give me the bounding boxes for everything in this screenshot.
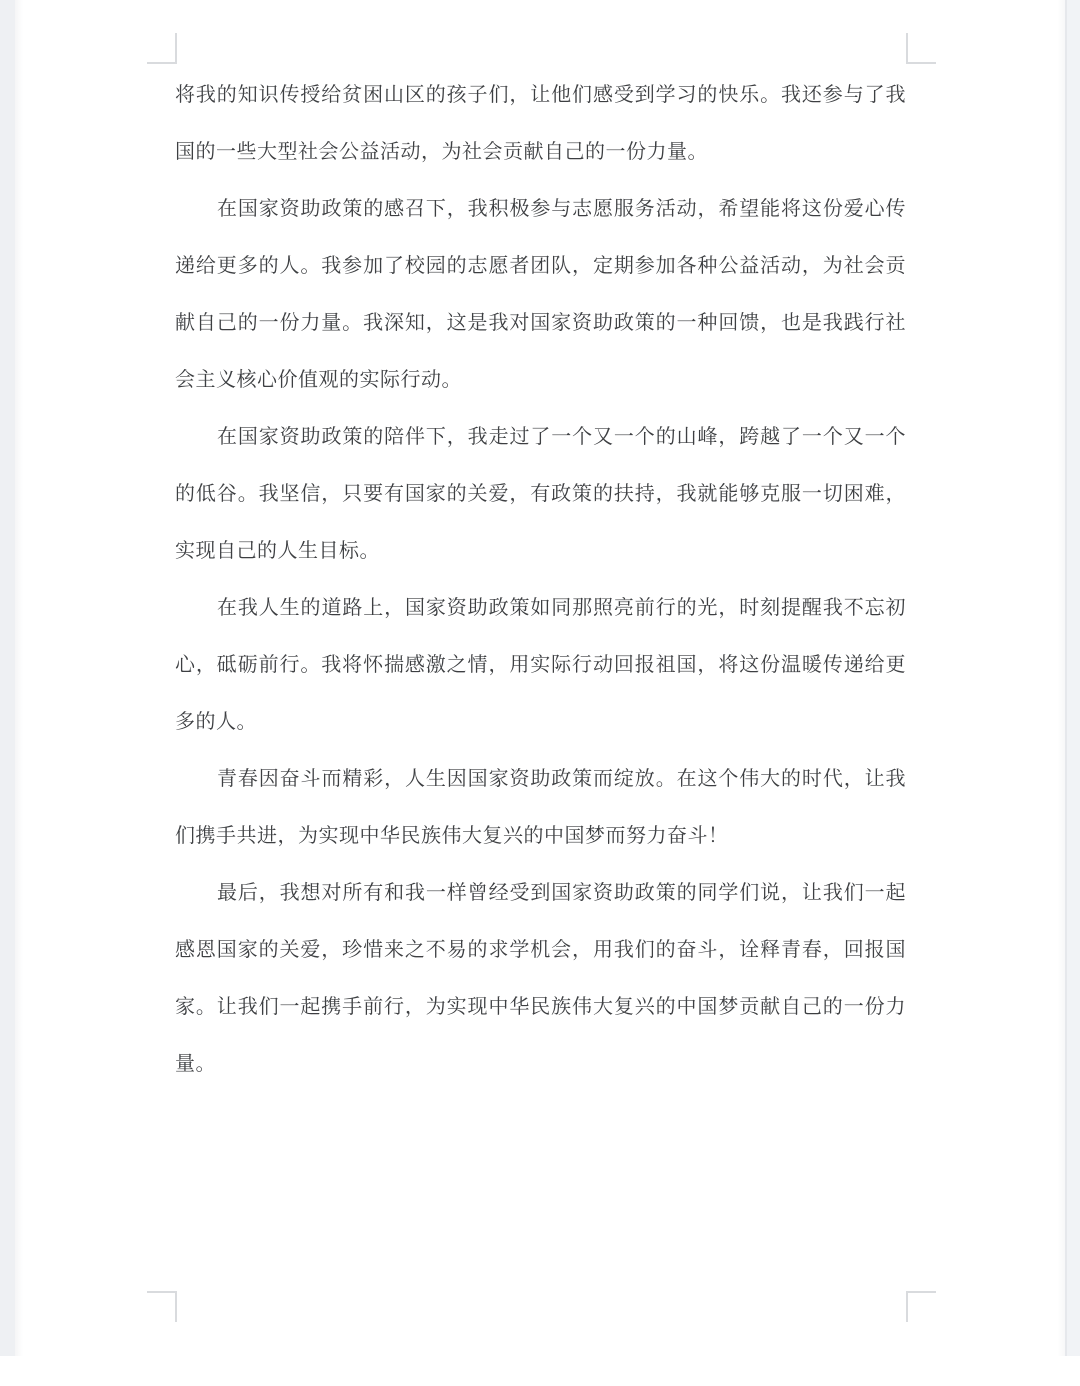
text-line: 在国家资助政策的感召下，我积极参与志愿服务活动，希望能将这份爱心传 — [175, 181, 906, 238]
text-line: 实现自己的人生目标。 — [175, 523, 906, 580]
page-edge-shadow-right — [1057, 0, 1065, 1356]
document-text: 将我的知识传授给贫困山区的孩子们，让他们感受到学习的快乐。我还参与了我国的一些大… — [175, 67, 906, 1093]
margin-mark-top-left — [147, 33, 177, 64]
text-line: 最后，我想对所有和我一样曾经受到国家资助政策的同学们说，让我们一起 — [175, 865, 906, 922]
margin-mark-bottom-right — [906, 1291, 936, 1322]
text-line: 献自己的一份力量。我深知，这是我对国家资助政策的一种回馈，也是我践行社 — [175, 295, 906, 352]
margin-mark-bottom-left — [147, 1291, 177, 1322]
margin-mark-top-right — [906, 33, 936, 64]
text-line: 在我人生的道路上，国家资助政策如同那照亮前行的光，时刻提醒我不忘初 — [175, 580, 906, 637]
text-line: 的低谷。我坚信，只要有国家的关爱，有政策的扶持，我就能够克服一切困难， — [175, 466, 906, 523]
text-line: 心，砥砺前行。我将怀揣感激之情，用实际行动回报祖国，将这份温暖传递给更 — [175, 637, 906, 694]
text-line: 感恩国家的关爱，珍惜来之不易的求学机会，用我们的奋斗，诠释青春，回报国 — [175, 922, 906, 979]
text-line: 会主义核心价值观的实际行动。 — [175, 352, 906, 409]
text-line: 家。让我们一起携手前行，为实现中华民族伟大复兴的中国梦贡献自己的一份力 — [175, 979, 906, 1036]
text-line: 青春因奋斗而精彩，人生因国家资助政策而绽放。在这个伟大的时代，让我 — [175, 751, 906, 808]
text-line: 国的一些大型社会公益活动，为社会贡献自己的一份力量。 — [175, 124, 906, 181]
viewer-right-gutter — [1065, 0, 1080, 1356]
text-line: 在国家资助政策的陪伴下，我走过了一个又一个的山峰，跨越了一个又一个 — [175, 409, 906, 466]
text-line: 递给更多的人。我参加了校园的志愿者团队，定期参加各种公益活动，为社会贡 — [175, 238, 906, 295]
viewer-left-gutter — [0, 0, 15, 1356]
text-line: 量。 — [175, 1036, 906, 1093]
text-line: 多的人。 — [175, 694, 906, 751]
text-line: 们携手共进，为实现中华民族伟大复兴的中国梦而努力奋斗！ — [175, 808, 906, 865]
text-line: 将我的知识传授给贫困山区的孩子们，让他们感受到学习的快乐。我还参与了我 — [175, 67, 906, 124]
document-viewer: 将我的知识传授给贫困山区的孩子们，让他们感受到学习的快乐。我还参与了我国的一些大… — [0, 0, 1080, 1386]
page-edge-shadow-left — [15, 0, 23, 1356]
